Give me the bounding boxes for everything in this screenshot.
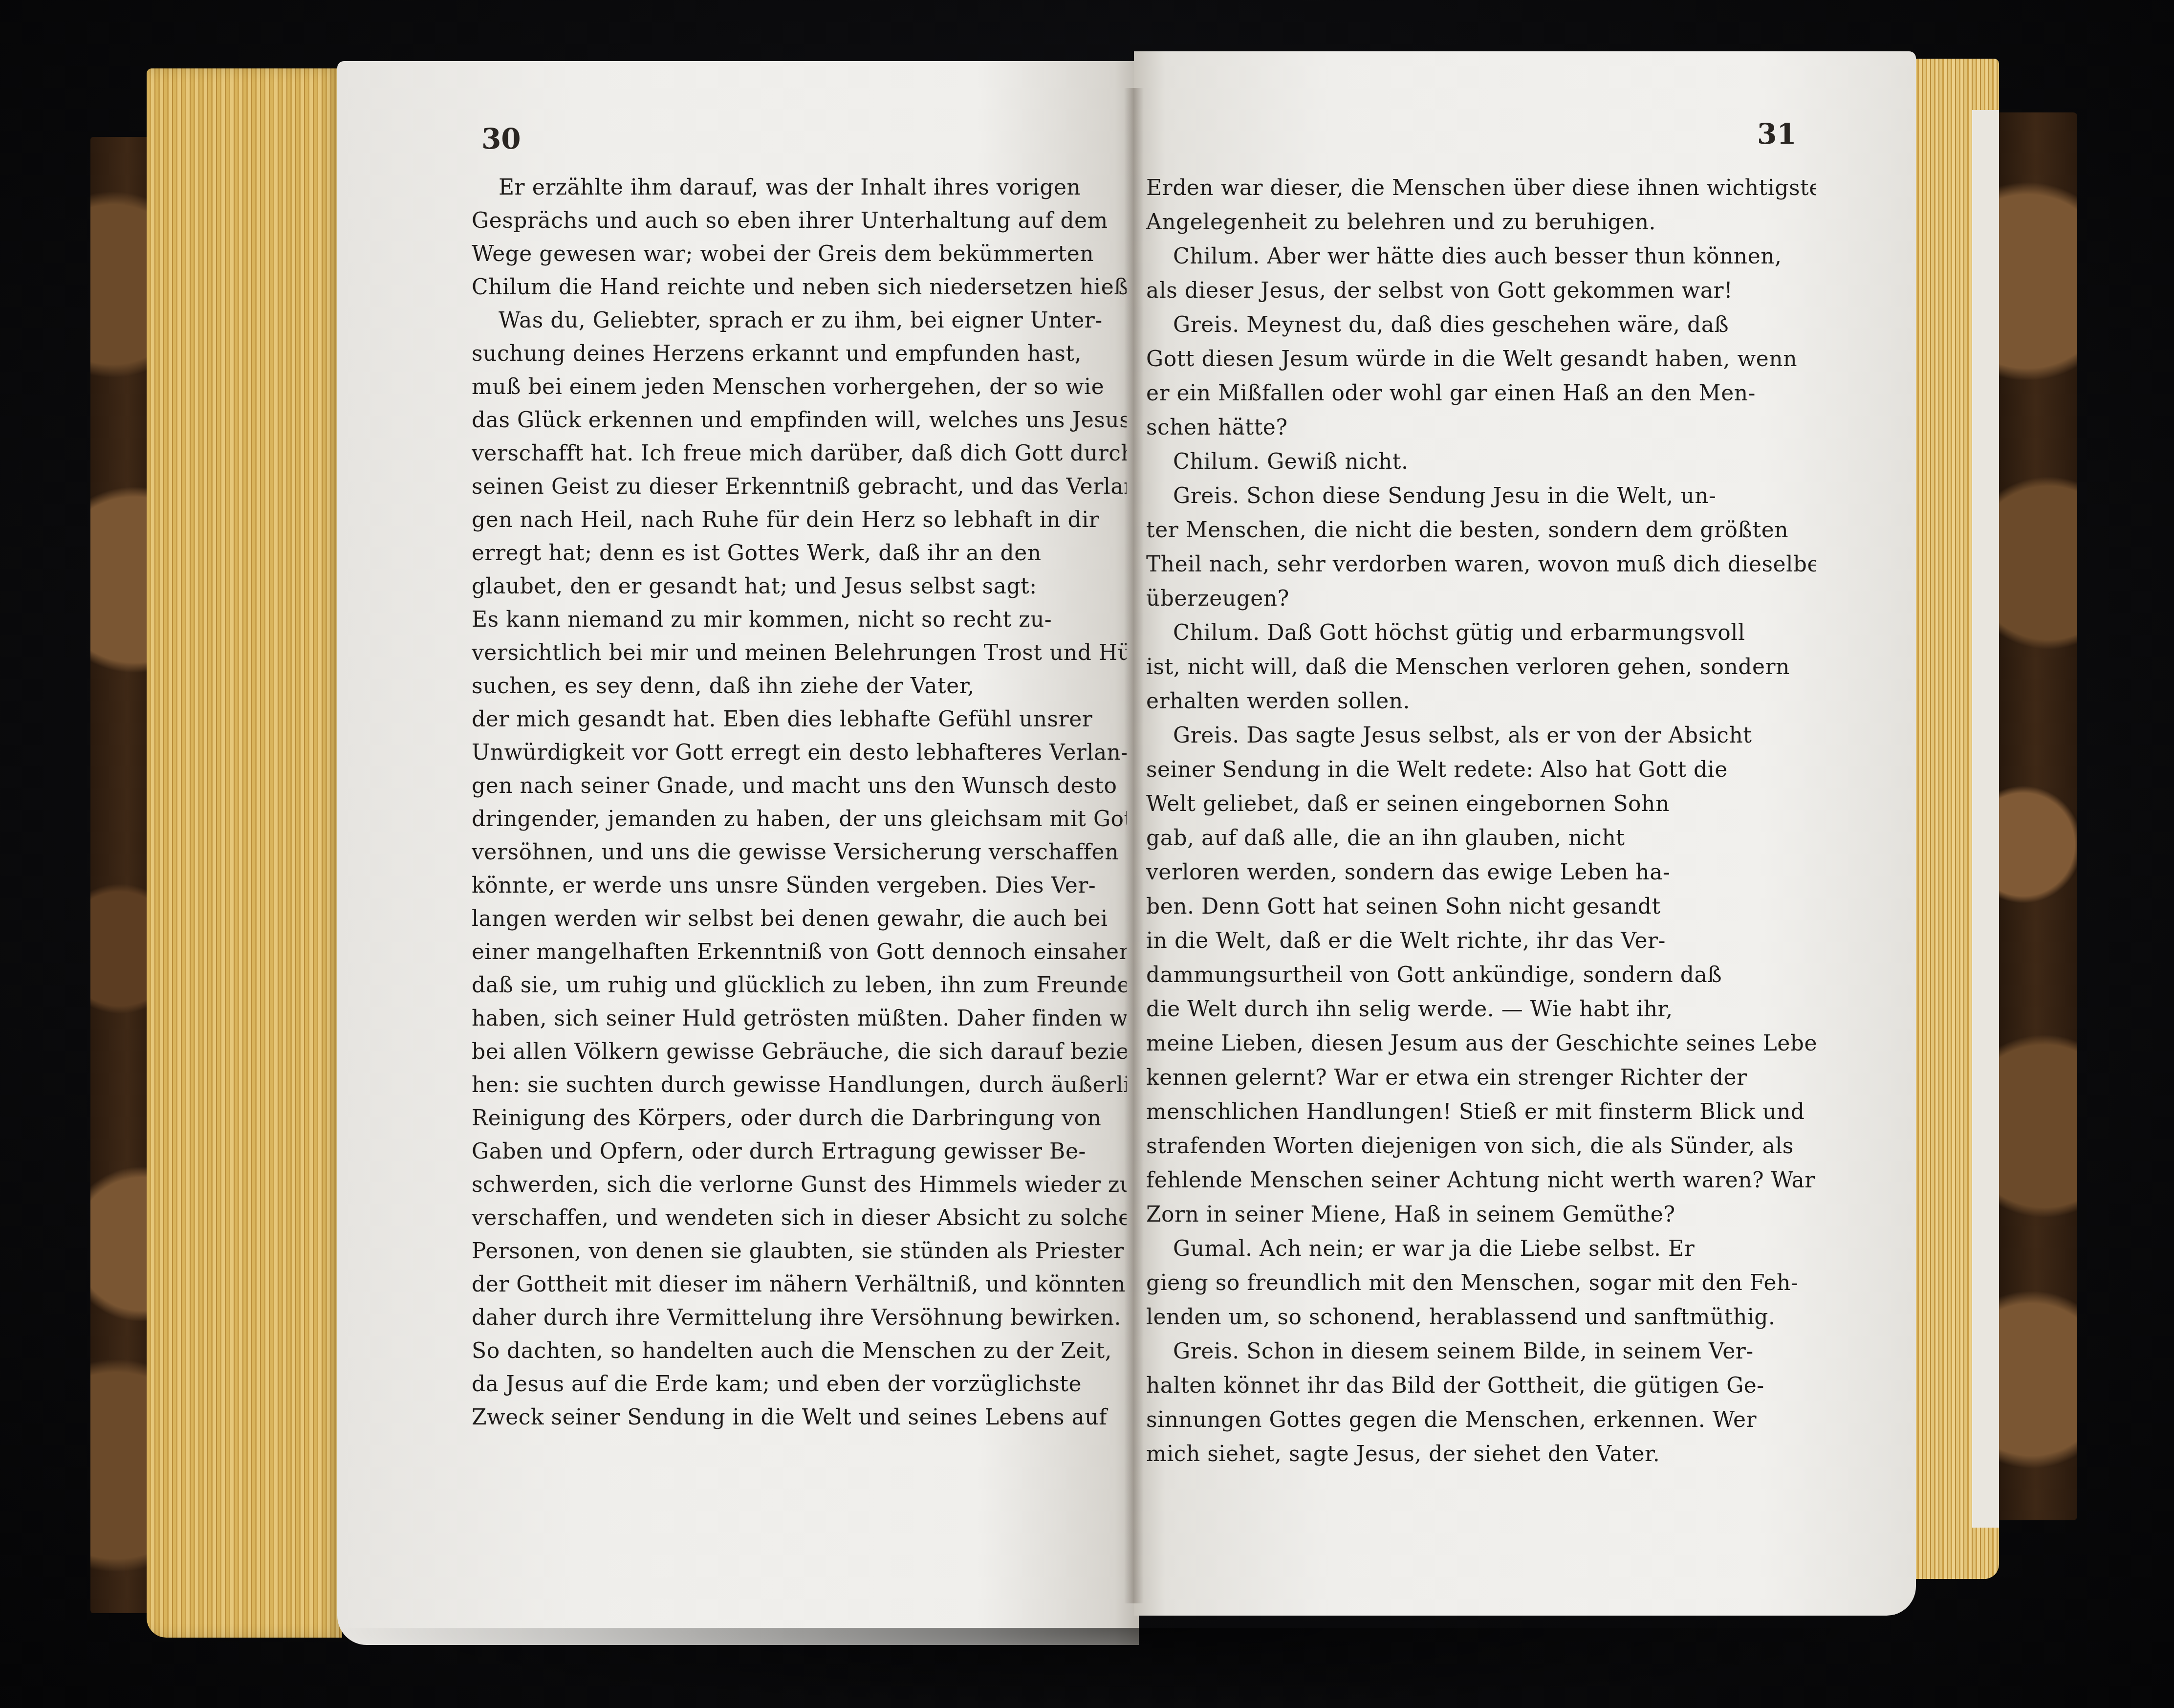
text-line: fehlende Menschen seiner Achtung nicht w… — [1146, 1163, 1816, 1198]
text-line: suchung deines Herzens erkannt und empfu… — [472, 337, 1127, 371]
text-line: Chilum. Aber wer hätte dies auch besser … — [1146, 240, 1816, 274]
text-line: haben, sich seiner Huld getrösten müßten… — [472, 1002, 1127, 1035]
text-line: gab, auf daß alle, die an ihn glauben, n… — [1146, 821, 1816, 855]
left-page-text: Er erzählte ihm darauf, was der Inhalt i… — [472, 171, 1127, 1434]
text-line: Erden war dieser, die Menschen über dies… — [1146, 171, 1816, 205]
text-line: Chilum. Gewiß nicht. — [1146, 445, 1816, 479]
text-line: meine Lieben, diesen Jesum aus der Gesch… — [1146, 1027, 1816, 1061]
text-line: Gumal. Ach nein; er war ja die Liebe sel… — [1146, 1232, 1816, 1266]
text-line: Greis. Schon in diesem seinem Bilde, in … — [1146, 1335, 1816, 1369]
left-page-edges — [147, 68, 342, 1638]
text-line: daß sie, um ruhig und glücklich zu leben… — [472, 969, 1127, 1002]
text-line: Greis. Das sagte Jesus selbst, als er vo… — [1146, 719, 1816, 753]
text-line: Greis. Meynest du, daß dies geschehen wä… — [1146, 308, 1816, 342]
text-line: gieng so freundlich mit den Menschen, so… — [1146, 1266, 1816, 1300]
text-line: der mich gesandt hat. Eben dies lebhafte… — [472, 703, 1127, 736]
text-line: suchen, es sey denn, daß ihn ziehe der V… — [472, 670, 1127, 703]
text-line: da Jesus auf die Erde kam; und eben der … — [472, 1368, 1127, 1401]
text-line: Personen, von denen sie glaubten, sie st… — [472, 1235, 1127, 1268]
text-line: Gesprächs und auch so eben ihrer Unterha… — [472, 204, 1127, 238]
text-line: bei allen Völkern gewisse Gebräuche, die… — [472, 1035, 1127, 1069]
text-line: halten könnet ihr das Bild der Gottheit,… — [1146, 1369, 1816, 1403]
text-line: kennen gelernt? War er etwa ein strenger… — [1146, 1061, 1816, 1095]
book-shadow — [332, 1628, 1921, 1708]
text-line: Gott diesen Jesum würde in die Welt gesa… — [1146, 342, 1816, 376]
text-line: seinen Geist zu dieser Erkenntniß gebrac… — [472, 470, 1127, 504]
text-line: erhalten werden sollen. — [1146, 684, 1816, 719]
text-line: Greis. Schon diese Sendung Jesu in die W… — [1146, 479, 1816, 513]
text-line: verschaffen, und wendeten sich in dieser… — [472, 1202, 1127, 1235]
text-line: hen: sie suchten durch gewisse Handlunge… — [472, 1069, 1127, 1102]
text-line: Er erzählte ihm darauf, was der Inhalt i… — [472, 171, 1127, 204]
right-loose-sheet — [1972, 110, 1999, 1528]
text-line: Zweck seiner Sendung in die Welt und sei… — [472, 1401, 1127, 1434]
text-line: strafenden Worten diejenigen von sich, d… — [1146, 1129, 1816, 1163]
text-line: daher durch ihre Vermittelung ihre Versö… — [472, 1301, 1127, 1335]
text-line: könnte, er werde uns unsre Sünden vergeb… — [472, 869, 1127, 902]
text-line: sinnungen Gottes gegen die Menschen, erk… — [1146, 1403, 1816, 1437]
text-line: Reinigung des Körpers, oder durch die Da… — [472, 1102, 1127, 1135]
text-line: Wege gewesen war; wobei der Greis dem be… — [472, 238, 1127, 271]
text-line: ist, nicht will, daß die Menschen verlor… — [1146, 650, 1816, 684]
text-line: als dieser Jesus, der selbst von Gott ge… — [1146, 274, 1816, 308]
text-line: Gaben und Opfern, oder durch Ertragung g… — [472, 1135, 1127, 1168]
book-gutter — [1124, 88, 1144, 1603]
text-line: Unwürdigkeit vor Gott erregt ein desto l… — [472, 736, 1127, 769]
text-line: langen werden wir selbst bei denen gewah… — [472, 902, 1127, 936]
text-line: lenden um, so schonend, herablassend und… — [1146, 1300, 1816, 1335]
text-line: muß bei einem jeden Menschen vorhergehen… — [472, 371, 1127, 404]
text-line: das Glück erkennen und empfinden will, w… — [472, 404, 1127, 437]
text-line: versichtlich bei mir und meinen Belehrun… — [472, 636, 1127, 670]
text-line: seiner Sendung in die Welt redete: Also … — [1146, 753, 1816, 787]
text-line: ter Menschen, die nicht die besten, sond… — [1146, 513, 1816, 547]
text-line: er ein Mißfallen oder wohl gar einen Haß… — [1146, 376, 1816, 411]
text-line: verloren werden, sondern das ewige Leben… — [1146, 855, 1816, 890]
text-line: schen hätte? — [1146, 411, 1816, 445]
text-line: glaubet, den er gesandt hat; und Jesus s… — [472, 570, 1127, 603]
right-page-number: 31 — [1757, 117, 1797, 151]
text-line: dammungsurtheil von Gott ankündige, sond… — [1146, 958, 1816, 992]
text-line: Es kann niemand zu mir kommen, nicht so … — [472, 603, 1127, 636]
text-line: verschafft hat. Ich freue mich darüber, … — [472, 437, 1127, 470]
text-line: einer mangelhaften Erkenntniß von Gott d… — [472, 936, 1127, 969]
text-line: gen nach Heil, nach Ruhe für dein Herz s… — [472, 504, 1127, 537]
text-line: dringender, jemanden zu haben, der uns g… — [472, 803, 1127, 836]
text-line: erregt hat; denn es ist Gottes Werk, daß… — [472, 537, 1127, 570]
text-line: die Welt durch ihn selig werde. — Wie ha… — [1146, 992, 1816, 1027]
text-line: Welt geliebet, daß er seinen eingebornen… — [1146, 787, 1816, 821]
text-line: Was du, Geliebter, sprach er zu ihm, bei… — [472, 304, 1127, 337]
text-line: gen nach seiner Gnade, und macht uns den… — [472, 769, 1127, 803]
text-line: ben. Denn Gott hat seinen Sohn nicht ges… — [1146, 890, 1816, 924]
text-line: Chilum die Hand reichte und neben sich n… — [472, 271, 1127, 304]
text-line: überzeugen? — [1146, 582, 1816, 616]
text-line: Theil nach, sehr verdorben waren, wovon … — [1146, 547, 1816, 582]
text-line: Angelegenheit zu belehren und zu beruhig… — [1146, 205, 1816, 240]
text-line: Zorn in seiner Miene, Haß in seinem Gemü… — [1146, 1198, 1816, 1232]
text-line: mich siehet, sagte Jesus, der siehet den… — [1146, 1437, 1816, 1471]
right-page-text: Erden war dieser, die Menschen über dies… — [1146, 171, 1816, 1471]
text-line: schwerden, sich die verlorne Gunst des H… — [472, 1168, 1127, 1202]
text-line: So dachten, so handelten auch die Mensch… — [472, 1335, 1127, 1368]
text-line: versöhnen, und uns die gewisse Versicher… — [472, 836, 1127, 869]
text-line: der Gottheit mit dieser im nähern Verhäl… — [472, 1268, 1127, 1301]
right-book-cover-binding — [1994, 112, 2077, 1520]
left-page-number: 30 — [481, 122, 521, 155]
text-line: Chilum. Daß Gott höchst gütig und erbarm… — [1146, 616, 1816, 650]
text-line: in die Welt, daß er die Welt richte, ihr… — [1146, 924, 1816, 958]
text-line: menschlichen Handlungen! Stieß er mit fi… — [1146, 1095, 1816, 1129]
